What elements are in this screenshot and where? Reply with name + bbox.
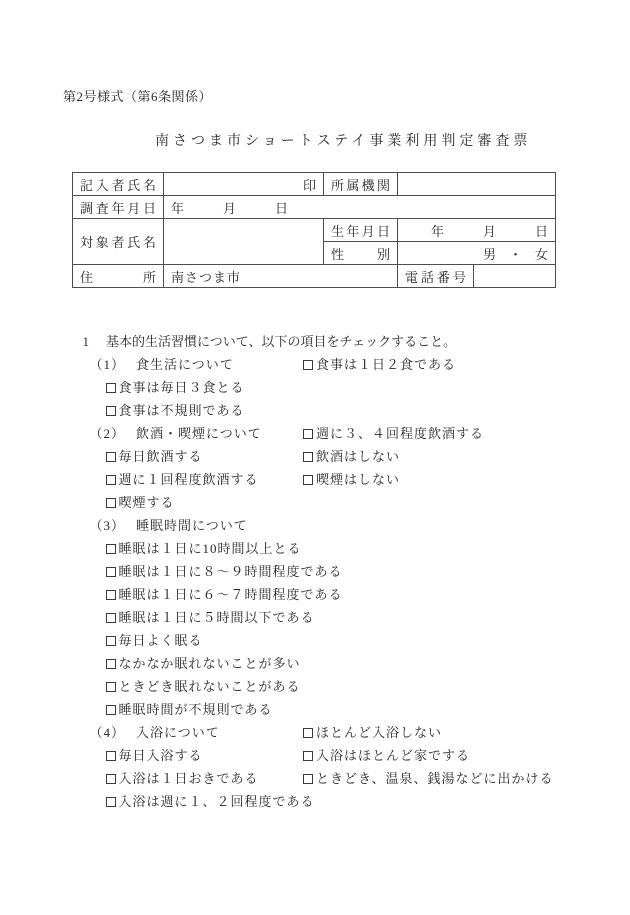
applicant-info-table: 記入者氏名 印 所属機関 調査年月日 年 月 日 対象者氏名 生年月日 年 月 … — [72, 172, 556, 288]
checkbox-label: 食事は１日２食である — [316, 357, 456, 372]
seal-mark: 印 — [303, 178, 316, 193]
checklist-row: 睡眠は１日に10時間以上とる — [0, 514, 630, 537]
address-label: 住所 — [73, 265, 164, 288]
group-heading: （1）食生活について — [0, 330, 630, 353]
checklist-row: 食事は不規則である — [0, 376, 630, 399]
phone-label: 電話番号 — [398, 265, 474, 288]
checkbox-label: 喫煙はしない — [316, 472, 400, 487]
agency-label: 所属機関 — [324, 173, 398, 196]
phone-field[interactable] — [474, 265, 556, 288]
checkbox-icon[interactable] — [303, 774, 313, 784]
survey-date-label: 調査年月日 — [73, 196, 164, 219]
checklist-row: 睡眠時間が不規則である — [0, 675, 630, 698]
checkbox-label: 入浴は週に１、２回程度である — [119, 794, 315, 809]
checkbox-icon[interactable] — [303, 751, 313, 761]
section-heading: 1基本的生活習慣について、以下の項目をチェックすること。 — [0, 307, 630, 330]
writer-name-label: 記入者氏名 — [73, 173, 164, 196]
checkbox-icon[interactable] — [303, 429, 313, 439]
birth-date-label: 生年月日 — [324, 219, 398, 242]
table-row: 対象者氏名 生年月日 年 月 日 — [73, 219, 556, 242]
birth-date-field[interactable]: 年 月 日 — [398, 219, 556, 242]
checklist-row: ときどき眠れないことがある — [0, 652, 630, 675]
document-page: 第2号様式（第6条関係） 南さつま市ショートステイ事業利用判定審査票 記入者氏名… — [0, 0, 630, 915]
group-heading: （3）睡眠時間について — [0, 491, 630, 514]
checklist-row: 入浴は週に１、２回程度である ときどき、温泉、銭湯などに出かける — [0, 767, 630, 790]
form-code: 第2号様式（第6条関係） — [63, 86, 212, 105]
sex-choice-field[interactable]: 男 ・ 女 — [398, 242, 556, 265]
checklist-row: 週に１回程度飲酒する 飲酒はしない — [0, 445, 630, 468]
sex-label: 性別 — [324, 242, 398, 265]
checklist-row: 睡眠は１日に６～７時間程度である — [0, 560, 630, 583]
checkbox-item: ほとんど入浴しない — [303, 721, 442, 744]
agency-field[interactable] — [398, 173, 556, 196]
checklist-row: 睡眠は１日に８～９時間程度である — [0, 537, 630, 560]
checkbox-icon[interactable] — [303, 475, 313, 485]
checkbox-item: 週に３、４回程度飲酒する — [303, 422, 484, 445]
checklist-row: 毎日よく眠る — [0, 606, 630, 629]
checkbox-label: 飲酒はしない — [316, 449, 400, 464]
table-row: 記入者氏名 印 所属機関 — [73, 173, 556, 196]
checkbox-label: ときどき、温泉、銭湯などに出かける — [316, 771, 553, 786]
checklist-row: 喫煙する 喫煙はしない — [0, 468, 630, 491]
checklist-row: 睡眠は１日に５時間以下である — [0, 583, 630, 606]
table-row: 住所 南さつま市 電話番号 — [73, 265, 556, 288]
checkbox-label: 入浴はほとんど家でする — [316, 748, 470, 763]
checklist-row: 入浴は１日おきである 入浴はほとんど家でする — [0, 744, 630, 767]
checkbox-item: 入浴はほとんど家でする — [303, 744, 470, 767]
form-title: 南さつま市ショートステイ事業利用判定審査票 — [155, 130, 531, 150]
group-heading: （4）入浴について — [0, 698, 630, 721]
table-row: 調査年月日 年 月 日 — [73, 196, 556, 219]
group-heading: （2）飲酒・喫煙について — [0, 399, 630, 422]
survey-date-field[interactable]: 年 月 日 — [164, 196, 556, 219]
subject-name-field[interactable] — [164, 219, 324, 265]
checklist-row: 毎日入浴する ほとんど入浴しない — [0, 721, 630, 744]
subject-name-label: 対象者氏名 — [73, 219, 164, 265]
checkbox-item: 喫煙はしない — [303, 468, 400, 491]
checkbox-item: 入浴は週に１、２回程度である — [106, 794, 315, 809]
checkbox-label: ほとんど入浴しない — [316, 725, 442, 740]
checkbox-item: 食事は１日２食である — [303, 353, 456, 376]
checklist-row: 毎日飲酒する 週に３、４回程度飲酒する — [0, 422, 630, 445]
writer-name-field[interactable]: 印 — [164, 173, 324, 196]
checkbox-icon[interactable] — [303, 728, 313, 738]
checkbox-label: 週に３、４回程度飲酒する — [316, 426, 484, 441]
checkbox-icon[interactable] — [303, 452, 313, 462]
survey-section: 1基本的生活習慣について、以下の項目をチェックすること。 （1）食生活について … — [0, 307, 630, 790]
checkbox-icon[interactable] — [303, 360, 313, 370]
checkbox-item: ときどき、温泉、銭湯などに出かける — [303, 767, 553, 790]
checklist-row: 食事は毎日３食とる 食事は１日２食である — [0, 353, 630, 376]
checklist-row: なかなか眠れないことが多い — [0, 629, 630, 652]
checkbox-item: 飲酒はしない — [303, 445, 400, 468]
checkbox-icon[interactable] — [106, 797, 116, 807]
address-field[interactable]: 南さつま市 — [164, 265, 398, 288]
